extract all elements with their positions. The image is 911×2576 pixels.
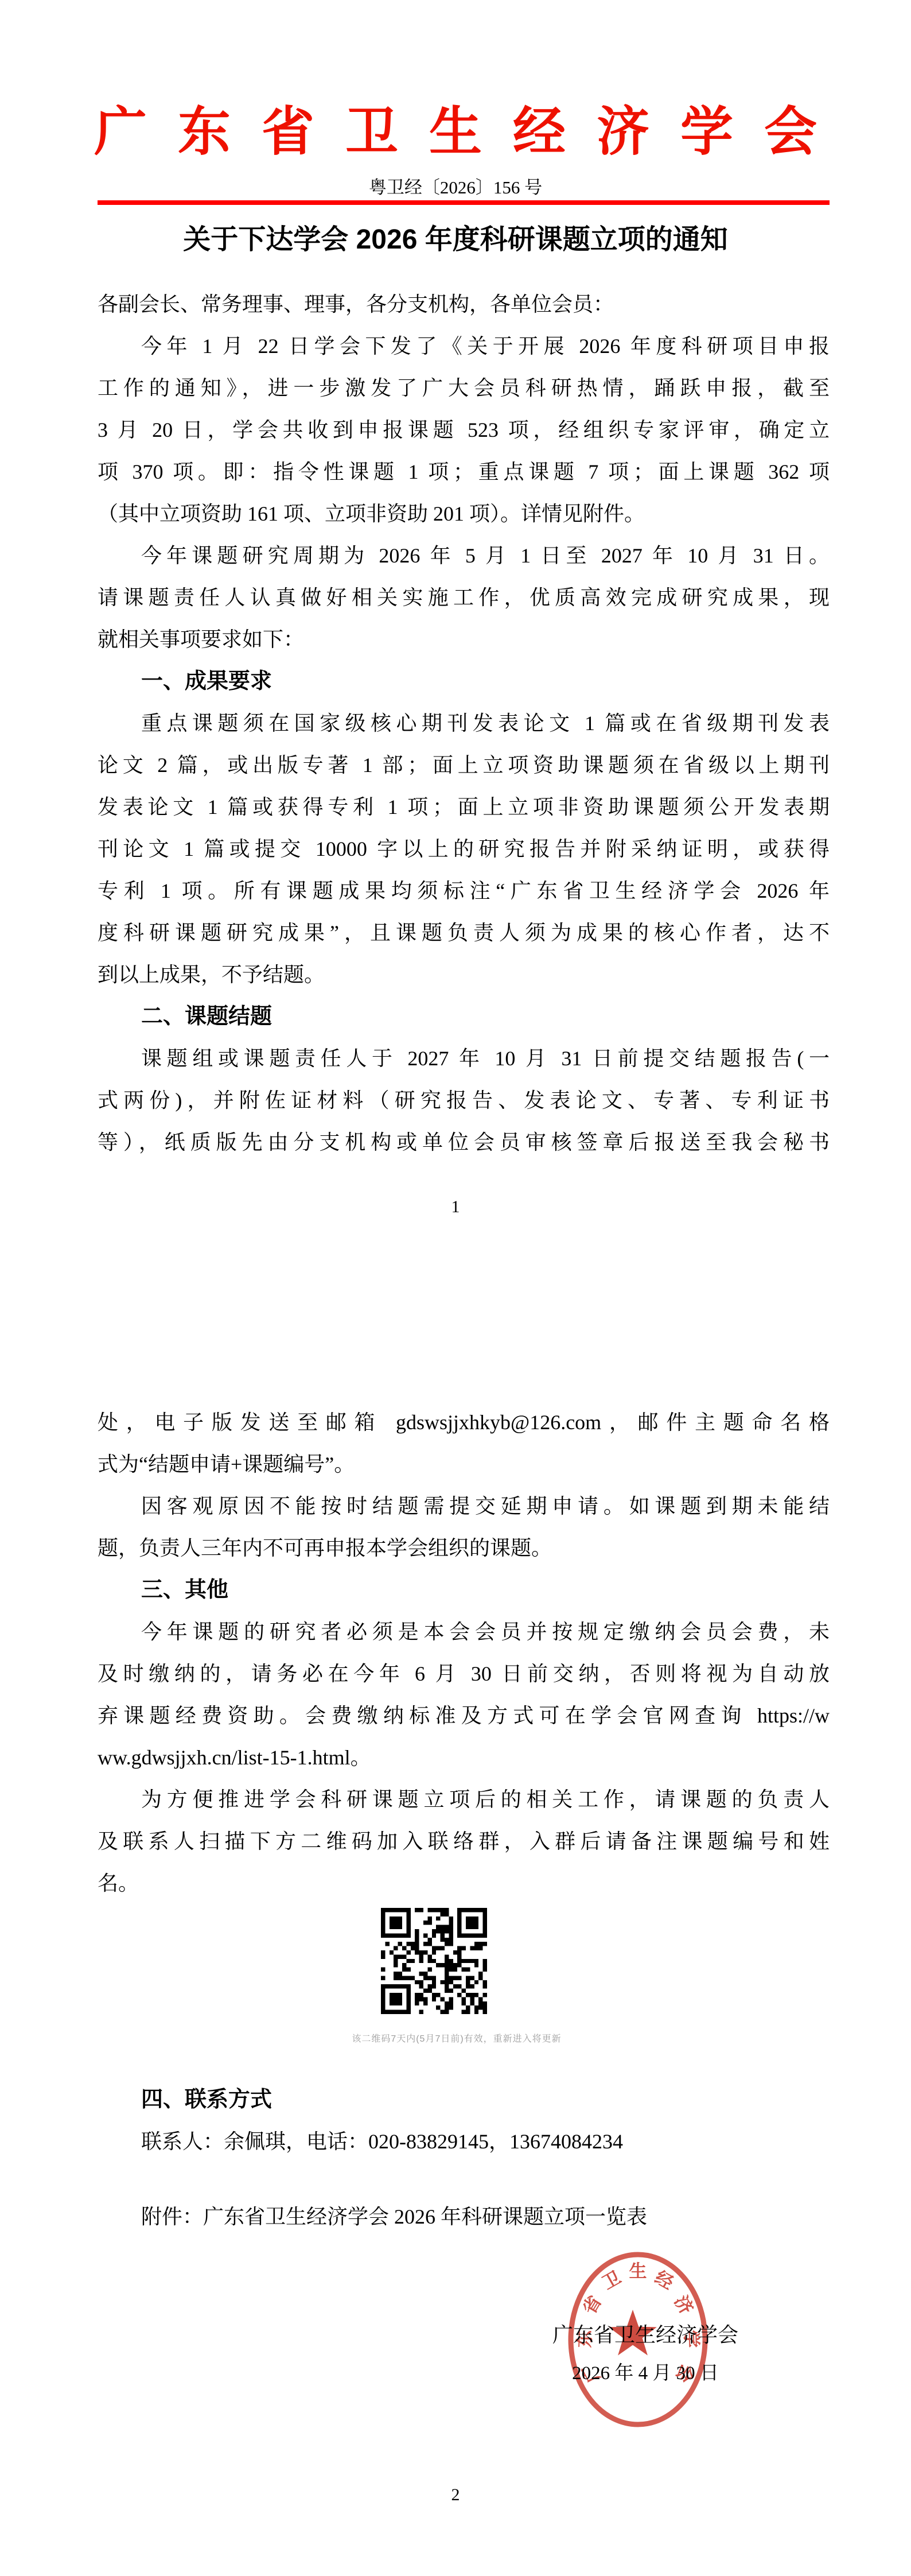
body-line: 今年课题的研究者必须是本会会员并按规定缴纳会员会费，未 bbox=[98, 1611, 830, 1653]
body-line: 等），纸质版先由分支机构或单位会员审核签章后报送至我会秘书 bbox=[98, 1122, 830, 1163]
letterhead-org-name: 广东省卫生经济学会 bbox=[0, 90, 911, 165]
letterhead-divider bbox=[98, 200, 830, 205]
section-heading: 四、联系方式 bbox=[98, 2079, 830, 2121]
qr-code bbox=[381, 1908, 487, 2014]
body-line: 重点课题须在国家级核心期刊发表论文 1 篇或在省级期刊发表 bbox=[98, 703, 830, 744]
signature-org-name: 广东省卫生经济学会 bbox=[548, 2319, 743, 2348]
page1-body: 各副会长、常务理事、理事，各分支机构，各单位会员：今年 1 月 22 日学会下发… bbox=[98, 284, 830, 1163]
seal-arc-char: 卫 bbox=[599, 2267, 624, 2294]
body-line: （其中立项资助 161 项、立项非资助 201 项）。详情见附件。 bbox=[98, 493, 830, 535]
contact-section: 四、联系方式联系人：余佩琪，电话：020-83829145，1367408423… bbox=[98, 2079, 830, 2238]
body-line: 题，负责人三年内不可再申报本学会组织的课题。 bbox=[98, 1527, 830, 1569]
body-line: 请课题责任人认真做好相关实施工作，优质高效完成研究成果，现 bbox=[98, 577, 830, 619]
body-line: 3 月 20 日，学会共收到申报课题 523 项，经组织专家评审，确定立 bbox=[98, 409, 830, 451]
body-line: 处，电子版发送至邮箱 gdswsjjxhkyb@126.com，邮件主题命名格 bbox=[98, 1402, 830, 1444]
qr-row bbox=[98, 1908, 830, 2017]
section-heading: 三、其他 bbox=[98, 1569, 830, 1611]
body-line: 课题组或课题责任人于 2027 年 10 月 31 日前提交结题报告(一 bbox=[98, 1038, 830, 1080]
seal-arc-char: 经 bbox=[652, 2267, 677, 2294]
body-line: 今年 1 月 22 日学会下发了《关于开展 2026 年度科研项目申报 bbox=[98, 325, 830, 367]
signature-date: 2026 年 4 月 30 日 bbox=[548, 2358, 743, 2385]
notice-title: 关于下达学会 2026 年度科研课题立项的通知 bbox=[0, 217, 911, 257]
doc-number: 粤卫经〔2026〕156 号 bbox=[0, 173, 911, 199]
body-line: 式为“结题申请+课题编号”。 bbox=[98, 1444, 830, 1485]
contact-line: 联系人：余佩琪，电话：020-83829145，13674084234 bbox=[98, 2121, 830, 2163]
body-line: 刊论文 1 篇或提交 10000 字以上的研究报告并附采纳证明，或获得 bbox=[98, 828, 830, 870]
body-line: 项 370 项。即：指令性课题 1 项；重点课题 7 项；面上课题 362 项 bbox=[98, 451, 830, 493]
body-line: 度科研课题研究成果”，且课题负责人须为成果的核心作者，达不 bbox=[98, 912, 830, 954]
body-line: ww.gdwsjjxh.cn/list-15-1.html。 bbox=[98, 1737, 830, 1779]
body-line: 为方便推进学会科研课题立项后的相关工作，请课题的负责人 bbox=[98, 1779, 830, 1821]
qr-caption: 该二维码7天内(5月7日前)有效，重新进入将更新 bbox=[91, 2033, 823, 2046]
attachment-line: 附件：广东省卫生经济学会 2026 年科研课题立项一览表 bbox=[98, 2196, 830, 2238]
body-line: 名。 bbox=[98, 1863, 830, 1904]
section-heading: 一、成果要求 bbox=[98, 661, 830, 703]
body-line: 就相关事项要求如下： bbox=[98, 619, 830, 661]
body-line: 今年课题研究周期为 2026 年 5 月 1 日至 2027 年 10 月 31… bbox=[98, 535, 830, 577]
body-line: 及时缴纳的，请务必在今年 6 月 30 日前交纳，否则将视为自动放 bbox=[98, 1653, 830, 1695]
body-line: 式两份)，并附佐证材料（研究报告、发表论文、专著、专利证书 bbox=[98, 1080, 830, 1122]
body-line: 弃课题经费资助。会费缴纳标准及方式可在学会官网查询 https://w bbox=[98, 1695, 830, 1737]
body-line: 发表论文 1 篇或获得专利 1 项；面上立项非资助课题须公开发表期 bbox=[98, 786, 830, 828]
page2-body: 处，电子版发送至邮箱 gdswsjjxhkyb@126.com，邮件主题命名格式… bbox=[98, 1402, 830, 2238]
page-number-2: 2 bbox=[0, 2485, 911, 2505]
section-heading: 二、课题结题 bbox=[98, 996, 830, 1038]
official-notice-document: 广东省卫生经济学会 粤卫经〔2026〕156 号 关于下达学会 2026 年度科… bbox=[0, 0, 911, 2576]
body-line: 工作的通知》，进一步激发了广大会员科研热情，踊跃申报，截至 bbox=[98, 367, 830, 409]
page-number-1: 1 bbox=[0, 1197, 911, 1217]
page2-text: 处，电子版发送至邮箱 gdswsjjxhkyb@126.com，邮件主题命名格式… bbox=[98, 1402, 830, 1904]
body-line: 论文 2 篇，或出版专著 1 部；面上立项资助课题须在省级以上期刊 bbox=[98, 744, 830, 786]
body-line: 因客观原因不能按时结题需提交延期申请。如课题到期未能结 bbox=[98, 1485, 830, 1527]
body-line: 专利 1 项。所有课题成果均须标注“广东省卫生经济学会 2026 年 bbox=[98, 870, 830, 912]
body-line: 到以上成果，不予结题。 bbox=[98, 954, 830, 996]
body-line: 及联系人扫描下方二维码加入联络群，入群后请备注课题编号和姓 bbox=[98, 1821, 830, 1863]
body-line: 各副会长、常务理事、理事，各分支机构，各单位会员： bbox=[98, 284, 830, 325]
seal-arc-char: 生 bbox=[629, 2261, 647, 2282]
